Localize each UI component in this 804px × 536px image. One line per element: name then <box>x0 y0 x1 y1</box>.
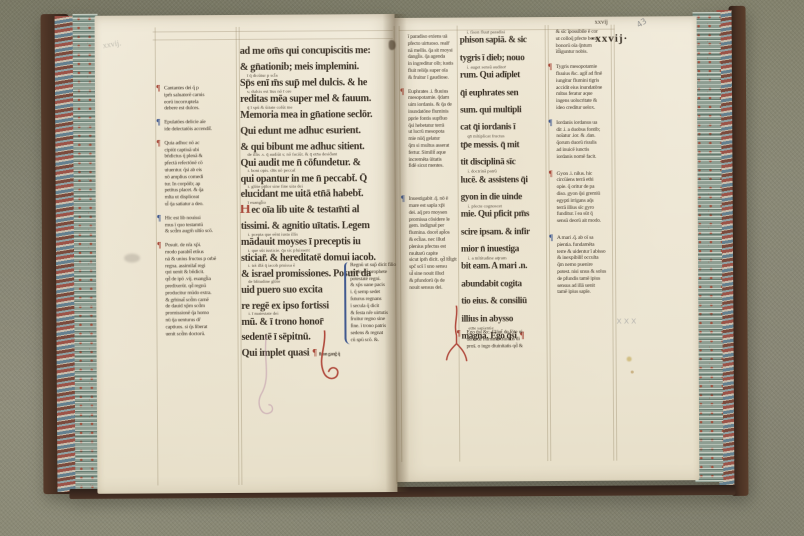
text-line: tit disciplinā sīc <box>459 151 545 169</box>
text-line: de bt̄itudine glōie uid puero suo excita <box>240 279 343 296</box>
text-line: tissimi. & agnitio uītatis. Legem <box>240 215 394 232</box>
gloss-text: ī paradiso exiens uā pfecto uirtuoso. re… <box>408 34 459 82</box>
text-line: q̄ ī spū & ūitate colūt me Memoria mea i… <box>239 104 393 121</box>
gloss-text: Tygris mesopotamie fluuius &c. agit̄ ad … <box>556 64 611 112</box>
marginal-gloss-column: & sīc īpossibile ē cor ut colloq̄ pfecte… <box>549 29 613 303</box>
text-line: i. doctrinā patrū lucē. & assistens q̄i <box>459 168 545 186</box>
text-line: & gn̄ationib; meis implemini. <box>239 56 393 73</box>
text-line: ī euangl̄io Hec oīa lib uite & testam̄ti… <box>240 199 394 216</box>
gloss-entry: ¶ Iordanis iordanus ua dit .i. a duobus … <box>549 119 611 160</box>
text-line: cat q̄i iordanis ī <box>459 116 545 134</box>
main-text: cat q̄i iordanis ī <box>460 122 515 132</box>
text-line: ad me om̄s qui concupiscitis me: <box>239 40 393 57</box>
text-line: Qui edunt me adhuc esurient. <box>239 119 393 136</box>
text-line: ī q̄ dicūtur p scl̄a Sp̄s enī m̄s sup̄ m… <box>239 72 393 89</box>
main-text: tp̄e messis. q̄ mit <box>460 139 519 149</box>
gloss-entry: ī paradiso exiens uā pfecto uirtuoso. re… <box>401 34 459 82</box>
ruling-line <box>614 25 618 461</box>
main-text: lucē. & assistens q̄i <box>461 174 528 184</box>
text-line: illius in abysso <box>460 307 546 325</box>
text-line: i. ī maiestate dei mū. & ī trono honor̄ <box>240 310 343 327</box>
gloss-entry: ¶ Euphrates .i. fluuius mesopotamie. q̄d… <box>401 88 459 170</box>
pen-flourish-icon <box>444 306 470 368</box>
text-line: i. auget sensū auditor̄ rum. Qui adīplet <box>459 64 545 82</box>
gloss-entry: ¶ Gyon .i. nilus. hic circūiens terrā et… <box>549 170 611 225</box>
right-page: xxvij 43 ·xxvij· ī paradiso exiens uā pf… <box>395 16 700 482</box>
paraph-mark: ¶ <box>548 63 552 71</box>
pencil-annotation: 43 <box>635 16 648 29</box>
gloss-text: A mari .q̄. ab oī sa pientia. fundamēta … <box>557 235 612 297</box>
gloss-text: Euphrates .i. fluuius mesopotamie. q̄dam… <box>408 88 459 170</box>
gutter-fold-shadow <box>383 14 410 492</box>
main-text: mie. Qui pficit pm̄s <box>461 208 529 218</box>
gloss-text: Iordanis iordanus ua dit .i. a duobus fo… <box>556 119 611 160</box>
main-text: sum. qui multipli <box>460 104 521 114</box>
marginal-gloss-column: ¶ Cantantes dei q̄ p ipm̄ saluatorē carn… <box>157 85 239 345</box>
gloss-text: Gyon .i. nilus. hic circūiens terrā ethi… <box>556 170 611 225</box>
paraph-mark: ¶ <box>157 214 161 222</box>
gloss-text: & sīc īpossibile ē cor ut colloq̄ pfecte… <box>556 29 611 57</box>
gloss-entry: ¶ Hic est lib nouissi mus ī quo testamtū… <box>158 215 238 236</box>
text-line: q̄i euphrates sen <box>459 81 545 99</box>
main-text: gyon in die uinde <box>461 191 522 201</box>
paraph-mark: ¶ <box>548 170 552 178</box>
text-line: abundabit cogita <box>460 273 546 291</box>
main-text: q̄i euphrates sen <box>460 87 518 97</box>
sub-gloss-block: ¶ Ego q̄si &c. Clāut̄ de fōte ui uens de… <box>458 329 582 350</box>
paraph-mark: ¶ <box>156 84 160 92</box>
gloss-entry: ¶ A mari .q̄. ab oī sa pientia. fundamēt… <box>550 235 612 297</box>
text-line: i. que sūt iusticie. q̄a sic pfuissent s… <box>240 247 394 264</box>
gloss-text: Hic est lib nouissi mus ī quo testamtū &… <box>165 215 238 236</box>
gloss-entry: ¶ Epulatōes delicie aīe ide delectatōis … <box>157 119 237 133</box>
gloss-text: Quia adhuc nō ac cipiūt captiuā ubi bn̄d… <box>164 140 237 208</box>
left-page: xxvij. ¶ Cantantes dei q̄ p ipm̄ saluato… <box>95 14 398 494</box>
text-line: s; dulcis est ītus nō ī ore reditas mēa … <box>239 88 393 105</box>
gloss-text: Posuit. de nr̄a xp̄i. modo parabit̄ etn̄… <box>165 242 239 338</box>
text-line: i. fison fluuī paradisi phison sapiā. & … <box>459 29 545 47</box>
text-line: tio eius. & consiliū <box>460 290 546 308</box>
gloss-text: Inuestigabit .q̄. nō ē mare est sapīa xp… <box>409 196 461 291</box>
gloss-entry: ¶ Posuit. de nr̄a xp̄i. modo parabit̄ et… <box>158 242 239 338</box>
gloss-entry: ¶ Tygris mesopotamie fluuius &c. agit̄ a… <box>549 64 611 112</box>
pen-flourish-icon <box>312 330 340 396</box>
text-line: qn̄ mltiplicat fructus tp̄e messis. q̄ m… <box>459 133 545 151</box>
gloss-text: Epulatōes delicie aīe ide delectatōis ac… <box>164 119 237 133</box>
main-text: tit disciplinā sīc <box>460 156 515 166</box>
gloss-entry: & sīc īpossibile ē cor ut colloq̄ pfecte… <box>549 29 611 57</box>
text-line: i. a mltitudine aq̄rum bit eam. A mari .… <box>460 255 546 273</box>
text-line: i. boni opis. dn̄s nō peccat̄ qui opantu… <box>239 167 393 184</box>
ink-blot <box>389 40 396 50</box>
main-text: mior n̄ inuestiga <box>461 243 519 253</box>
stain <box>631 371 634 374</box>
main-text: scire ipsam. & infir <box>461 226 530 236</box>
pencil-annotation: xxvij. <box>102 38 122 50</box>
stain <box>124 254 140 263</box>
marginal-gloss-column: ī paradiso exiens uā pfecto uirtuoso. re… <box>401 34 461 299</box>
paraph-mark: ¶ <box>157 242 161 250</box>
text-line: mior n̄ inuestiga <box>460 238 546 256</box>
manuscript-photo: xxvij. ¶ Cantantes dei q̄ p ipm̄ saluato… <box>0 0 804 536</box>
open-manuscript-book: xxvij. ¶ Cantantes dei q̄ p ipm̄ saluato… <box>38 2 747 504</box>
folio-number-small: xxvij <box>595 19 608 26</box>
text-line: de illis .s. q̄ audiūt s; nō faciūt. & q… <box>239 151 393 168</box>
pen-flourish-icon <box>252 335 283 427</box>
paraph-mark: ¶ <box>156 119 160 127</box>
text-line: i. pfecte cognoscet mie. Qui pficit pm̄s <box>460 203 546 221</box>
stain <box>627 357 632 362</box>
gloss-text: Cantantes dei q̄ p ipm̄ saluatorē carnis… <box>164 85 237 113</box>
paraph-mark: ¶ <box>548 119 552 127</box>
main-text: phison sapiā. & sic <box>460 35 527 45</box>
text-line: scire ipsam. & infir <box>460 220 546 238</box>
gloss-entry: ¶ Inuestigabit .q̄. nō ē mare est sapīa … <box>402 196 461 292</box>
text-line: tygris ī dieb; nouo <box>459 46 545 64</box>
text-line: sum. qui multipli <box>459 99 545 117</box>
main-text: tio eius. & consiliū <box>461 295 527 305</box>
show-through-mark: xxx <box>616 317 638 327</box>
ruling-line <box>153 30 393 32</box>
gloss-entry: ¶ Cantantes dei q̄ p ipm̄ saluatorē carn… <box>157 85 237 113</box>
gloss-entry: ¶ Quia adhuc nō ac cipiūt captiuā ubi bn… <box>157 140 237 208</box>
paraph-mark: ¶ <box>549 234 553 242</box>
gloss-text: Ego q̄si &c. Clāut̄ de fōte ui uens de h… <box>466 329 582 350</box>
main-text: abundabit cogita <box>461 278 522 288</box>
main-text: rum. Qui adīplet <box>460 69 520 79</box>
text-line: re regē ex ipso fortissi <box>240 295 343 312</box>
main-text-column: i. fison fluuī paradisi phison sapiā. & … <box>459 29 547 343</box>
text-line: & qui bibunt me adhuc sitient. <box>239 135 393 152</box>
main-text: tygris ī dieb; nouo <box>460 52 525 62</box>
text-line: i. pcepta que eēnt iusta illis mādauit m… <box>240 231 394 248</box>
paraph-mark: ¶ <box>156 139 160 147</box>
text-line: gyon in die uinde <box>460 186 546 204</box>
text-line: i. glōie pp̄lor sine fine uita dei eluci… <box>240 183 394 200</box>
main-text: bit eam. A mari .n. <box>461 261 527 271</box>
